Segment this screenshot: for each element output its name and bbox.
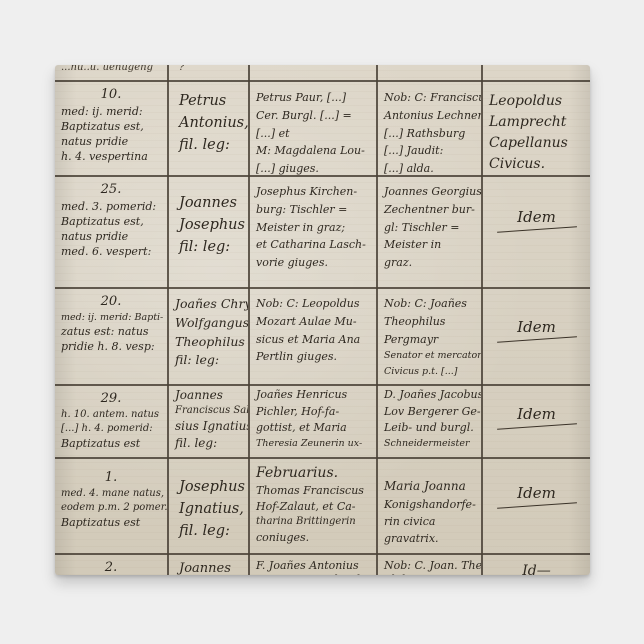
- date-line: Baptizatus est,: [61, 214, 161, 229]
- date-line: zatus est: natus: [61, 324, 161, 339]
- godparent-line: Civicus p.t. [...]: [384, 364, 475, 379]
- parents-line: tharina Brittingerin: [256, 515, 370, 530]
- godparent-line: Antonius Lechner: [384, 107, 475, 125]
- date-number: 10.: [61, 86, 161, 104]
- child-name-line: fil. leg:: [175, 435, 242, 452]
- parents: Josephus Kirchen- burg: Tischler = Meist…: [250, 179, 376, 287]
- parents-line: [...] giuges.: [256, 160, 370, 175]
- godparent-line: Meister in: [384, 236, 475, 254]
- parents-line: gottist, et Maria: [256, 420, 370, 437]
- child-name-line: fil. leg:: [179, 521, 242, 543]
- priest-line: Capellanus: [489, 133, 584, 154]
- parents-line: Nob: C: Leopoldus: [256, 295, 370, 313]
- godparent: Nob: C: Joañes Theophilus Pergmayr Senat…: [378, 291, 481, 384]
- officiating-priest: Id—: [483, 557, 590, 575]
- godparent-line: Nob: C: Joañes: [384, 295, 475, 313]
- date-line: natus pridie: [61, 134, 161, 149]
- header-text: ...nu..u. uenugeng: [61, 65, 153, 73]
- date-line: Baptizatus est: [61, 515, 161, 530]
- child-name-line: Antonius,: [179, 113, 242, 135]
- parents-line: Partmaier Bathisch: [256, 573, 370, 575]
- date-line: h. 10. antem. natus: [61, 408, 161, 422]
- godparent-line: Maria Joanna: [384, 477, 475, 496]
- parents-line: Pertlin giuges.: [256, 348, 370, 366]
- date-number: 20.: [61, 293, 161, 311]
- priest-line: Idem: [489, 404, 584, 425]
- entry-date: 10. med: ij. merid: Baptizatus est, natu…: [55, 82, 167, 175]
- entry-date: 25. med. 3. pomerid: Baptizatus est, nat…: [55, 177, 167, 287]
- date-line: eodem p.m. 2 pomer.: [61, 501, 161, 515]
- parents-line: F. Joañes Antonius: [256, 559, 370, 573]
- priest-line: Lamprecht: [489, 112, 584, 133]
- child-name-line: Franciscus Sale-: [175, 404, 242, 418]
- date-line: med. 6. vespert:: [61, 244, 161, 259]
- godparent-line: Senator et mercator: [384, 348, 475, 363]
- parents-line: vorie giuges.: [256, 254, 370, 272]
- officiating-priest: Leopoldus Lamprecht Capellanus Civicus.: [483, 87, 590, 175]
- godparent-line: gl: Tischler =: [384, 219, 475, 237]
- child-name-line: sius Ignatius: [175, 418, 242, 435]
- parents-line: [...] et: [256, 125, 370, 143]
- parents: Februarius. Thomas Franciscus Hof-Zalaut…: [250, 459, 376, 553]
- godparent-line: Theophilus: [384, 313, 475, 331]
- priest-line: Idem: [489, 207, 584, 228]
- parents: F. Joañes Antonius Partmaier Bathisch: [250, 555, 376, 575]
- parents-line: Hof-Zalaut, et Ca-: [256, 499, 370, 515]
- child-name-line: Joannes: [175, 387, 242, 404]
- date-number: 25.: [61, 181, 161, 199]
- parents-line: Josephus Kirchen-: [256, 183, 370, 201]
- officiating-priest: Idem: [483, 386, 590, 457]
- godparent: Joannes Georgius Zechentner bur- gl: Tis…: [378, 179, 481, 287]
- godparent: Nob: C. Joan. Theo- philus Pergmayr: [378, 555, 481, 575]
- parents-line: et Catharina Lasch-: [256, 236, 370, 254]
- godparent-line: rin civica: [384, 513, 475, 530]
- entry-date: 1. med. 4. mane natus, eodem p.m. 2 pome…: [55, 465, 167, 553]
- date-line: med. 4. mane natus,: [61, 487, 161, 501]
- child-name-line: Ignatius,: [179, 499, 242, 521]
- godparent-line: Pergmayr: [384, 331, 475, 349]
- godparent-line: graz.: [384, 254, 475, 272]
- godparent-line: Lov Bergerer Ge-: [384, 404, 475, 421]
- date-line: [...] h. 4. pomerid:: [61, 422, 161, 436]
- child-name-line: Josephus: [179, 215, 242, 237]
- child-name-line: fil: leg:: [175, 351, 242, 370]
- godparent: Nob: C: Franciscus Antonius Lechner [...…: [378, 85, 481, 175]
- parents: Nob: C: Leopoldus Mozart Aulae Mu- sicus…: [250, 291, 376, 384]
- officiating-priest: Idem: [483, 177, 590, 287]
- child-name-line: Joannes: [179, 559, 242, 575]
- priest-line: Id—: [489, 561, 584, 575]
- godparent-line: [...] alda.: [384, 160, 475, 175]
- header-fragment: ?: [173, 65, 243, 79]
- date-line: natus pridie: [61, 229, 161, 244]
- child-name: Joannes Theophilus: [169, 555, 248, 575]
- godparent-line: Leib- und burgl.: [384, 420, 475, 437]
- parents-line: coniuges.: [256, 530, 370, 546]
- child-name-line: Petrus: [179, 91, 242, 113]
- parents-line: Meister in graz;: [256, 219, 370, 237]
- parents-line: Mozart Aulae Mu-: [256, 313, 370, 331]
- date-line: med: ij. merid: Bapti-: [61, 311, 161, 324]
- child-name-line: Wolfgangus: [175, 314, 242, 333]
- godparent-line: gravatrix.: [384, 530, 475, 547]
- entry-date: 20. med: ij. merid: Bapti- zatus est: na…: [55, 289, 167, 384]
- priest-line: Civicus.: [489, 154, 584, 175]
- parents: Joañes Henricus Pichler, Hof-fa- gottist…: [250, 383, 376, 457]
- godparent: D. Joañes Jacobus Lov Bergerer Ge- Leib-…: [378, 383, 481, 457]
- date-number: 2.: [61, 559, 161, 575]
- child-name: Petrus Antonius, fil. leg:: [169, 87, 248, 175]
- child-name: Joañes Chrysost: Wolfgangus Theophilus f…: [169, 291, 248, 384]
- priest-line: Idem: [489, 483, 584, 504]
- parents-line: M: Magdalena Lou-: [256, 142, 370, 160]
- parents-line: Theresia Zeunerin ux-: [256, 437, 370, 451]
- godparent-line: Zechentner bur-: [384, 201, 475, 219]
- parents-line: Cer. Burgl. [...] =: [256, 107, 370, 125]
- date-line: h. 4. vespertina: [61, 149, 161, 164]
- entry-date: 29. h. 10. antem. natus [...] h. 4. pome…: [55, 386, 167, 457]
- date-line: med. 3. pomerid:: [61, 199, 161, 214]
- date-number: 29.: [61, 390, 161, 408]
- officiating-priest: Idem: [483, 289, 590, 384]
- godparent-line: Konigshandorfe-: [384, 496, 475, 513]
- parents: Petrus Paur, [...] Cer. Burgl. [...] = […: [250, 85, 376, 175]
- child-name-line: fil. leg:: [179, 135, 242, 157]
- godparent-line: D. Joañes Jacobus: [384, 387, 475, 404]
- date-number: 1.: [61, 469, 161, 487]
- child-name: Joannes Franciscus Sale- sius Ignatius f…: [169, 383, 248, 457]
- parents-line: Pichler, Hof-fa-: [256, 404, 370, 421]
- godparent-line: Nob: C. Joan. Theo-: [384, 559, 475, 573]
- godparent-line: [...] Jaudit:: [384, 142, 475, 160]
- godparent-line: [...] Rathsburg: [384, 125, 475, 143]
- date-line: pridie h. 8. vesp:: [61, 339, 161, 354]
- child-name: Josephus Ignatius, fil. leg:: [169, 473, 248, 553]
- header-fragment: ...nu..u. uenugeng: [55, 65, 167, 79]
- date-line: med: ij. merid:: [61, 104, 161, 119]
- month-heading: Februarius.: [256, 463, 370, 483]
- godparent-line: Schneidermeister: [384, 437, 475, 451]
- date-line: Baptizatus est,: [61, 119, 161, 134]
- child-name-line: Joañes Chrysost:: [175, 295, 242, 314]
- parents-line: Petrus Paur, [...]: [256, 89, 370, 107]
- entry-date: 2. med. ij. merid: Bapti-: [55, 555, 167, 575]
- child-name-line: fil: leg:: [179, 237, 242, 259]
- godparent-line: Joannes Georgius: [384, 183, 475, 201]
- date-line: Baptizatus est: [61, 436, 161, 451]
- parents-line: Joañes Henricus: [256, 387, 370, 404]
- parents-line: sicus et Maria Ana: [256, 331, 370, 349]
- officiating-priest: Idem: [483, 459, 590, 553]
- header-text: ?: [179, 65, 184, 73]
- parents-line: burg: Tischler =: [256, 201, 370, 219]
- child-name: Joannes Josephus fil: leg:: [169, 189, 248, 287]
- priest-line: Idem: [489, 317, 584, 338]
- parents-line: Thomas Franciscus: [256, 483, 370, 499]
- child-name-line: Joannes: [179, 193, 242, 215]
- godparent-line: philus Pergmayr: [384, 573, 475, 575]
- godparent-line: Nob: C: Franciscus: [384, 89, 475, 107]
- priest-line: Leopoldus: [489, 91, 584, 112]
- godparent: Maria Joanna Konigshandorfe- rin civica …: [378, 473, 481, 553]
- child-name-line: Josephus: [179, 477, 242, 499]
- child-name-line: Theophilus: [175, 333, 242, 352]
- register-page-print: ...nu..u. uenugeng ? 10. med: ij. merid:…: [55, 65, 590, 575]
